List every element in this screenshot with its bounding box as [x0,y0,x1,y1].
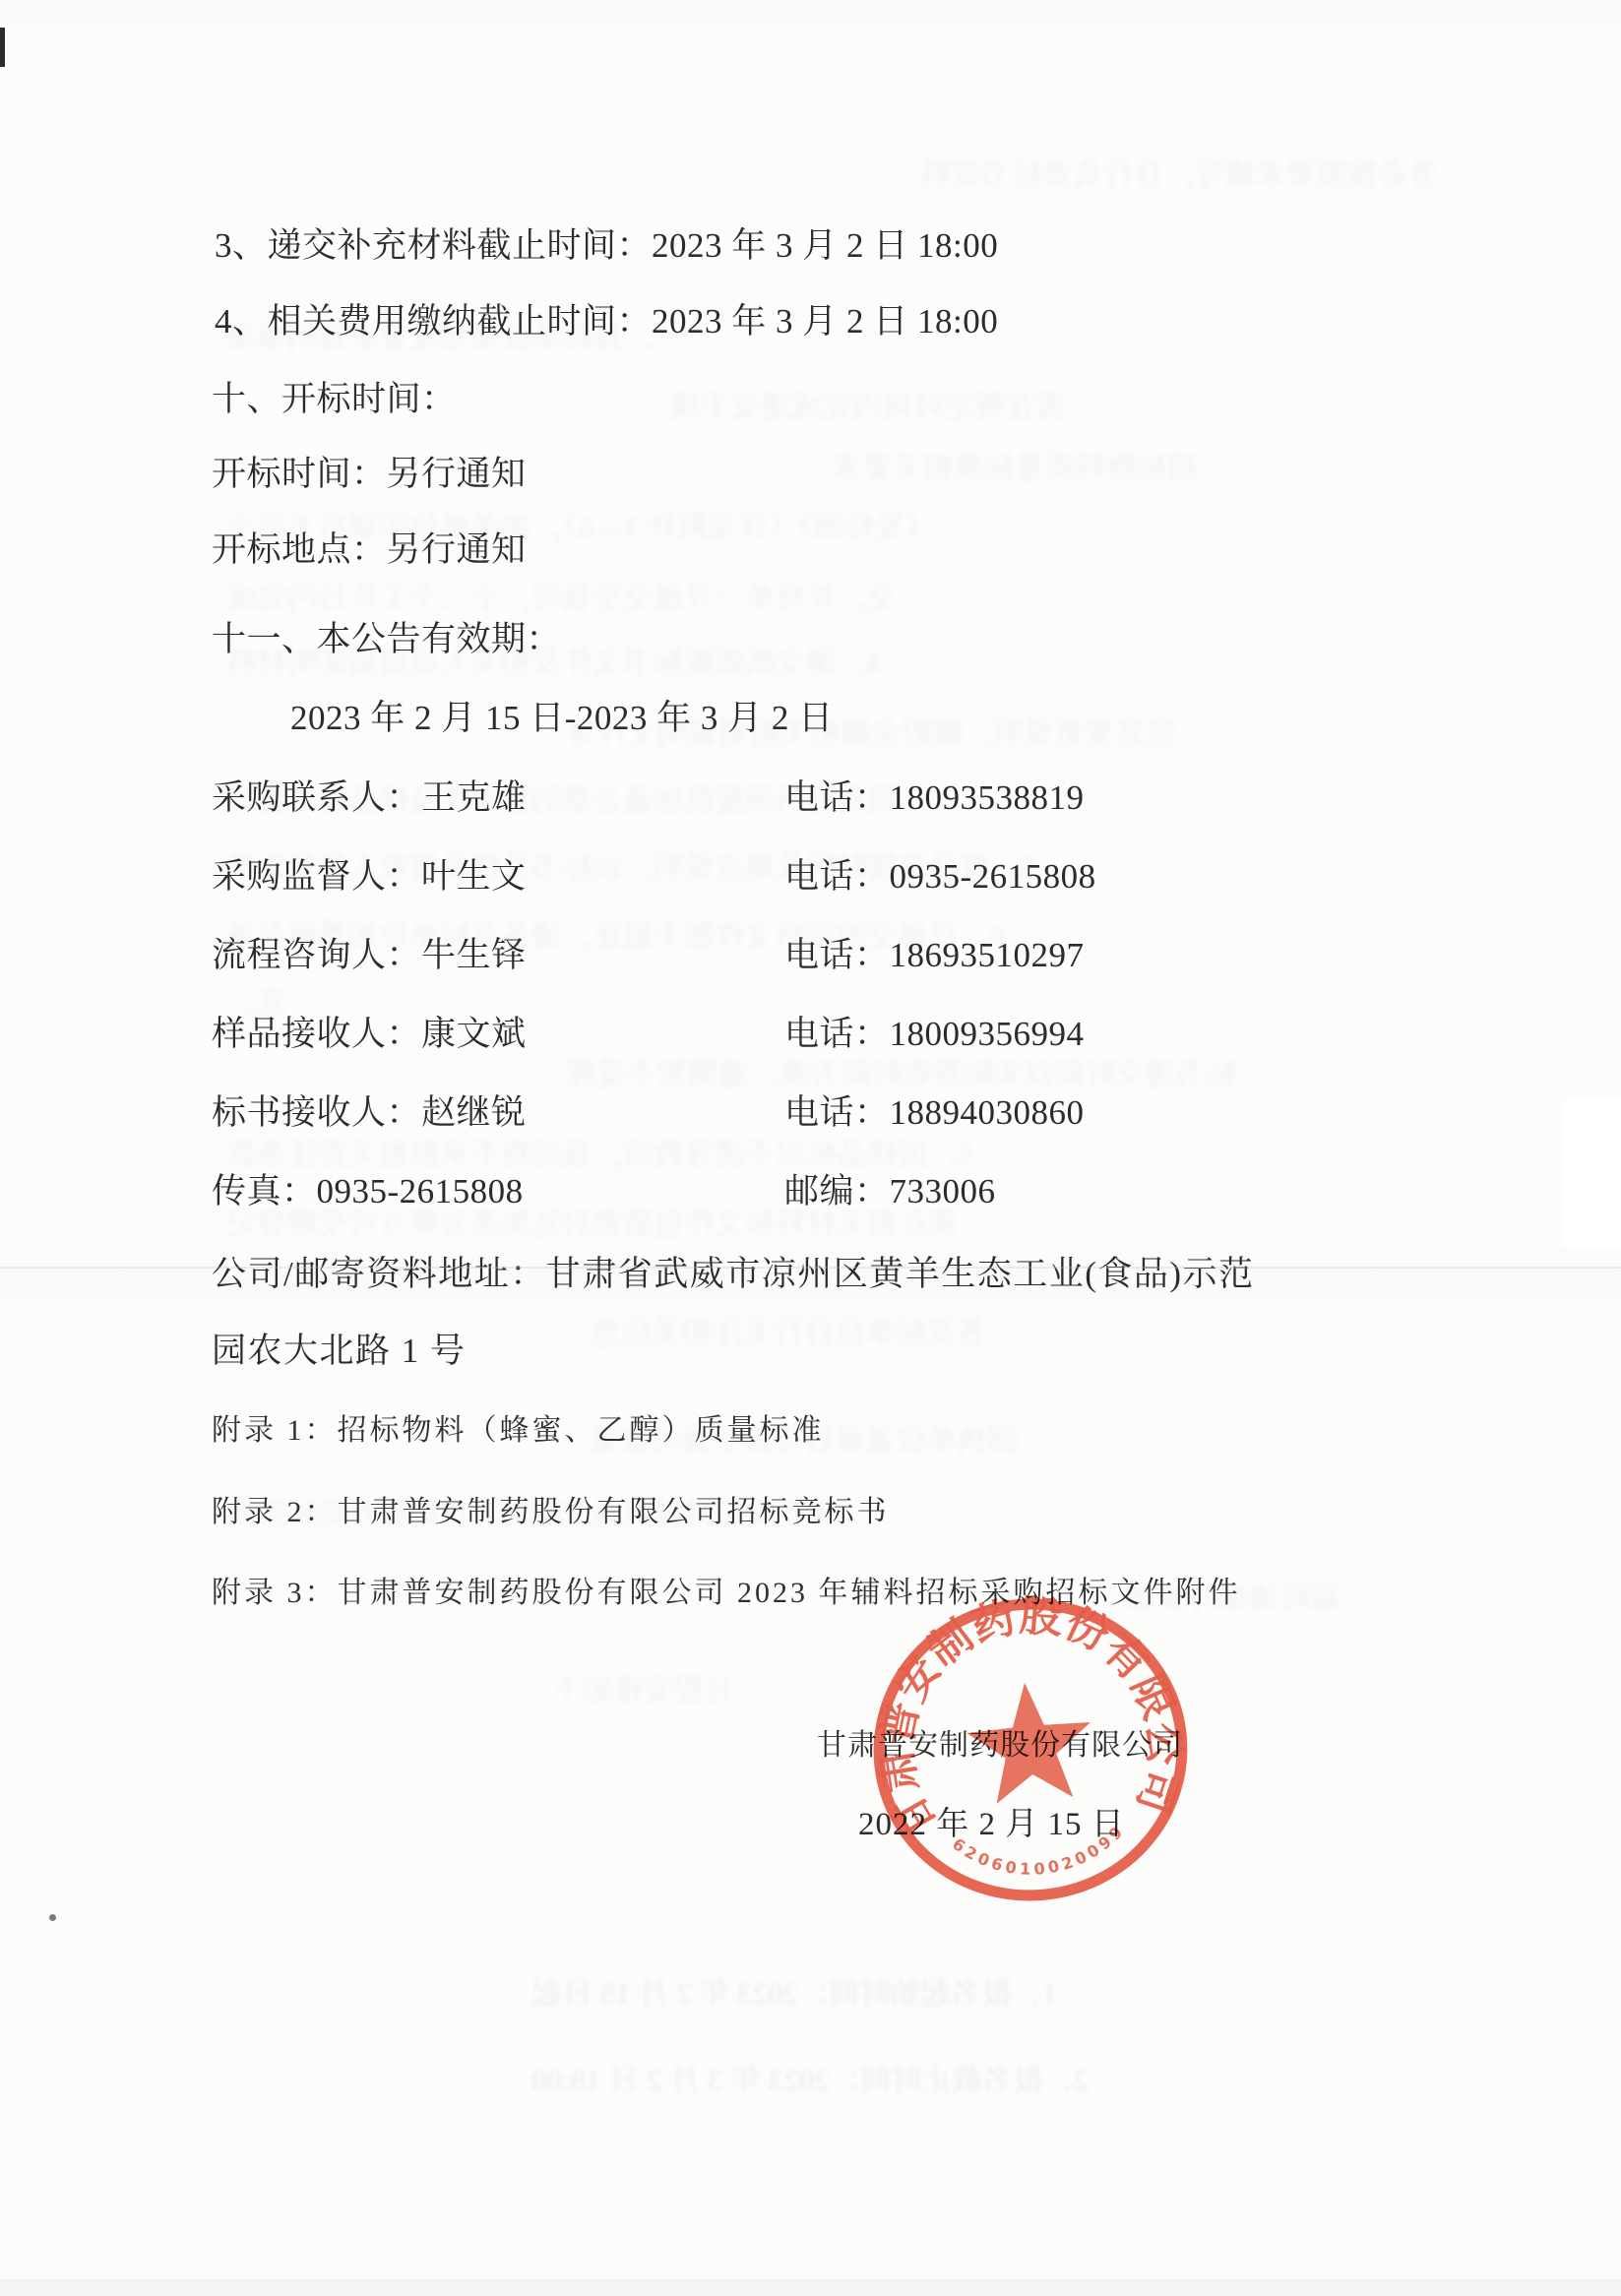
mailing-address-line-2: 园农大北路 1 号 [212,1332,467,1371]
deadline-fee-payment: 4、相关费用缴纳截止时间：2023 年 3 月 2 日 18:00 [215,302,998,341]
signature-date: 2022 年 2 月 15 日 [858,1807,1125,1844]
scan-artifact [0,28,5,67]
section-ten-heading: 十、开标时间： [212,380,457,419]
contact-label: 标书接收人：赵继锐 [212,1093,527,1132]
bleedthrough-text: 标书递交时间以实际签收时间为准，逾期恕不受理 [566,1049,1237,1093]
scan-artifact [1563,1100,1621,1248]
bid-opening-time: 开标时间：另行通知 [212,455,527,494]
bleedthrough-text: 2、报名截止时间：2023 年 3 月 2 日 18:00 [531,2055,1090,2099]
contact-row-purchase-supervisor: 采购监督人：叶生文 电话：0935-2615808 [212,857,1442,897]
contact-label: 采购联系人：王克雄 [212,778,527,817]
scan-artifact [0,2279,1621,2296]
appendix-1: 附录 1：招标物料（蜂蜜、乙醇）质量标准 [212,1414,825,1449]
fax-label: 传真：0935-2615808 [212,1172,524,1210]
bleedthrough-text: 务必按照要求填写，自行负责标书资料 [920,150,1439,194]
scanned-document-page: 务必按照要求填写，自行负责标书资料 一、投标单位须知及要求说明事项 需在规定时间… [0,0,1621,2296]
bid-opening-place: 开标地点：另行通知 [212,530,527,570]
contact-row-sample-receiver: 样品接收人：康文斌 电话：18009356994 [212,1015,1442,1054]
bleedthrough-text: 5、因样品标识不清导致的，我司将不承担相关责任条款 [226,1130,974,1174]
bleedthrough-text: 交，并将单一并递交至我司，于三个工作日内完成 [226,573,898,617]
appendix-2: 附录 2：甘肃普安制药股份有限公司招标竞标书 [212,1496,890,1530]
contact-label: 流程咨询人：牛生铎 [212,936,527,974]
contact-phone: 电话：18894030860 [784,1093,1085,1133]
postcode-label: 邮编：733006 [784,1172,996,1211]
contact-phone: 电话：0935-2615808 [784,857,1096,897]
validity-period: 2023 年 2 月 15 日-2023 年 3 月 2 日 [290,699,834,738]
scan-artifact [49,1914,56,1921]
contact-label: 样品接收人：康文斌 [212,1015,527,1053]
contact-row-fax-postcode: 传真：0935-2615808 邮编：733006 [212,1172,1442,1211]
contact-row-purchase-liaison: 采购联系人：王克雄 电话：18093538819 [212,778,1442,818]
scan-crease-line [0,1267,1621,1269]
contact-row-process-consultant: 流程咨询人：牛生铎 电话：18693510297 [212,936,1442,975]
contact-row-bid-doc-receiver: 标书接收人：赵继锐 电话：18894030860 [212,1093,1442,1133]
contact-phone: 电话：18693510297 [784,936,1085,975]
section-eleven-heading: 十一、本公告有效期： [212,620,561,659]
bleedthrough-text: 招标物料质量标准相关要求 [832,443,1198,487]
signature-company-name: 甘肃普安制药股份有限公司 [817,1729,1183,1764]
appendix-3: 附录 3：甘肃普安制药股份有限公司 2023 年辅料招标采购招标文件附件 [212,1577,1241,1611]
contact-phone: 电话：18009356994 [784,1015,1085,1054]
deadline-supplement-materials: 3、递交补充材料截止时间：2023 年 3 月 2 日 18:00 [215,226,998,266]
bleedthrough-text: 日程安排如下 [551,1665,734,1709]
bleedthrough-text: 需在规定时间内完成递交手续 [669,382,1066,426]
bleedthrough-text: 各竞标单位自行关注相关信息 [591,1309,987,1353]
mailing-address-line-1: 公司/邮寄资料地址：甘肃省武威市凉州区黄羊生态工业(食品)示范 [212,1255,1255,1294]
bleedthrough-text: 1、报名起始时间：2023 年 2 月 15 日起 [531,1968,1058,2013]
contact-phone: 电话：18093538819 [784,778,1085,818]
contact-label: 采购监督人：叶生文 [212,857,527,896]
